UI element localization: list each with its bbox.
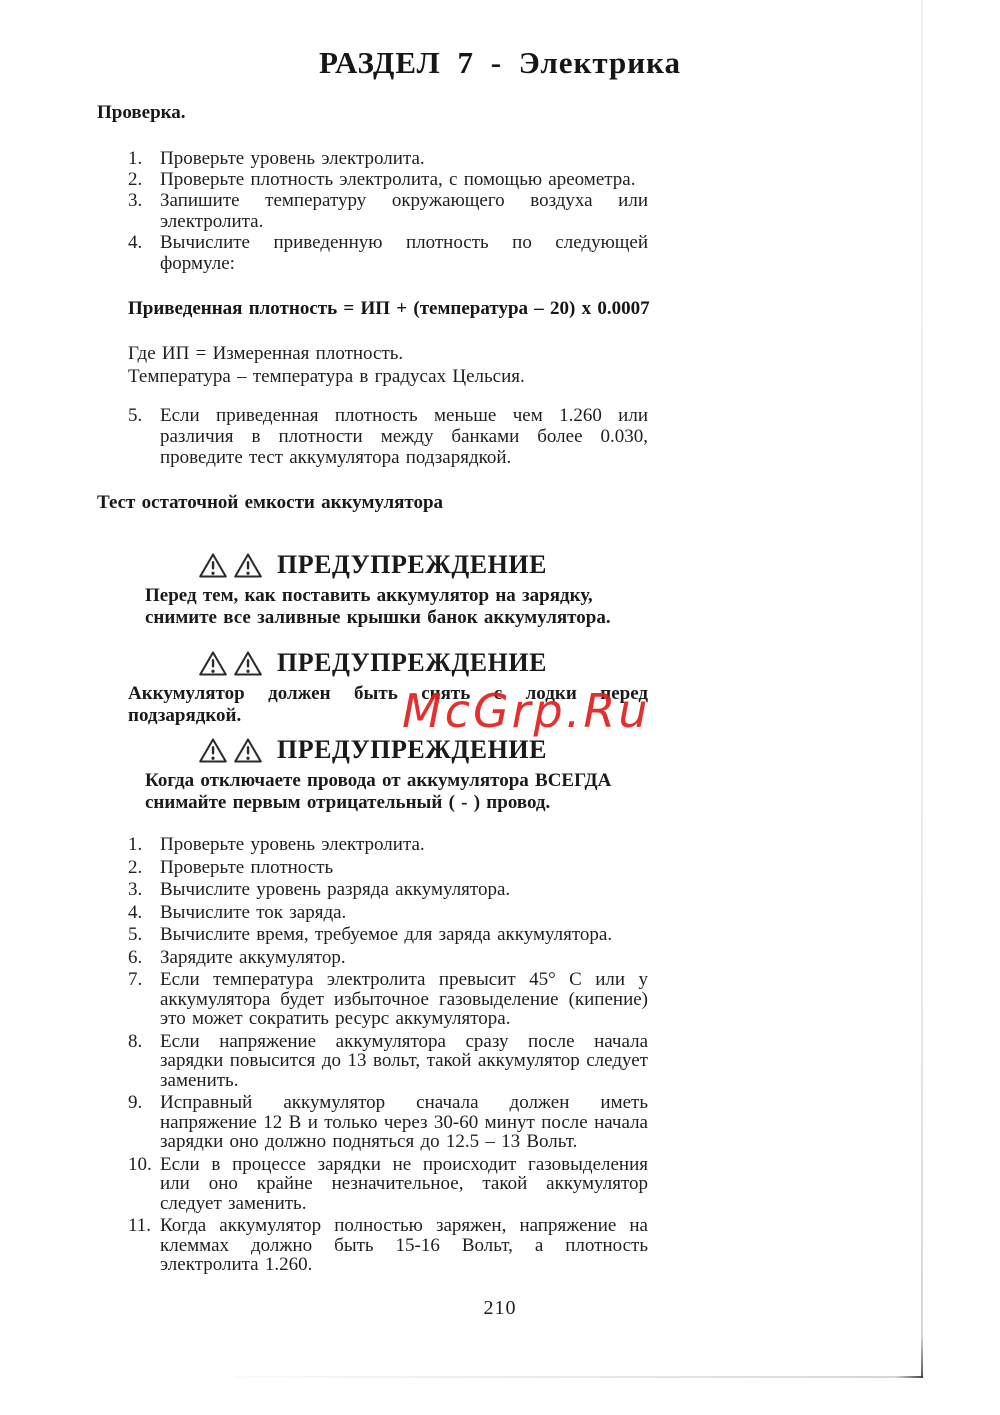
list-item-text: Исправный аккумулятор сначала должен име… [160,1093,648,1152]
list-item-text: Вычислите время, требуемое для заряда ак… [160,925,648,945]
warning-label: ПРЕДУПРЕЖДЕНИЕ [277,550,547,580]
list-item-number: 5. [128,925,160,945]
list-item-number: 3. [128,880,160,900]
check-heading: Проверка. [97,102,648,124]
page-title: РАЗДЕЛ 7 - Электрика [0,46,1000,80]
definition-line: Температура – температура в градусах Цел… [128,365,648,388]
list-item-text: Запишите температуру окружающего воздуха… [160,190,648,232]
warning-triangle-icon [198,650,228,677]
list-item-text: Вычислите ток заряда. [160,903,648,923]
warning-triangle-icon [233,552,263,579]
list-item: 9. Исправный аккумулятор сначала должен … [128,1093,648,1152]
list-item-number: 11. [128,1216,160,1275]
list-item-number: 3. [128,190,160,232]
list-item-number: 4. [128,903,160,923]
list-item: 5. Вычислите время, требуемое для заряда… [128,925,648,945]
list-item: 2. Проверьте плотность электролита, с по… [128,169,648,190]
list-item-text: Если приведенная плотность меньше чем 1.… [160,405,648,468]
list-item-number: 9. [128,1093,160,1152]
list-item-number: 1. [128,835,160,855]
list-item-number: 1. [128,148,160,169]
list-item: 3. Вычислите уровень разряда аккумулятор… [128,880,648,900]
list-item: 1. Проверьте уровень электролита. [128,148,648,169]
warning-text: Когда отключаете провода от аккумулятора… [145,770,648,813]
list-item-text: Если в процессе зарядки не происходит га… [160,1155,648,1214]
list-item-text: Проверьте плотность [160,858,648,878]
warning-triangle-icon [233,737,263,764]
warning-header: ПРЕДУПРЕЖДЕНИЕ [97,550,648,580]
warning-label: ПРЕДУПРЕЖДЕНИЕ [277,648,547,678]
list-item: 5. Если приведенная плотность меньше чем… [128,405,648,468]
list-item-number: 5. [128,405,160,468]
scan-edge-bottom [235,1376,923,1378]
list-item-number: 6. [128,948,160,968]
list-item: 6. Зарядите аккумулятор. [128,948,648,968]
list-item: 2. Проверьте плотность [128,858,648,878]
warning-triangle-icon [233,650,263,677]
list-item-number: 4. [128,232,160,274]
page-number: 210 [0,1297,1000,1320]
document-page: РАЗДЕЛ 7 - Электрика Проверка. 1. Провер… [0,0,1000,1415]
list-item-text: Если напряжение аккумулятора сразу после… [160,1032,648,1091]
list-item-text: Вычислите уровень разряда аккумулятора. [160,880,648,900]
list-item-number: 8. [128,1032,160,1091]
density-formula: Приведенная плотность = ИП + (температур… [128,298,648,320]
list-item-text: Проверьте плотность электролита, с помощ… [160,169,648,190]
watermark-text: McGrp.Ru [402,684,650,738]
list-item: 11. Когда аккумулятор полностью заряжен,… [128,1216,648,1275]
list-item-text: Если температура электролита превысит 45… [160,970,648,1029]
warning-block: ПРЕДУПРЕЖДЕНИЕ Перед тем, как поставить … [97,550,648,628]
list-item-number: 10. [128,1155,160,1214]
scan-edge-right [921,0,923,1377]
warning-header: ПРЕДУПРЕЖДЕНИЕ [97,648,648,678]
list-item: 4. Вычислите ток заряда. [128,903,648,923]
list-item-number: 7. [128,970,160,1029]
list-item-text: Проверьте уровень электролита. [160,835,648,855]
list-item-number: 2. [128,858,160,878]
list-item-text: Проверьте уровень электролита. [160,148,648,169]
test-heading: Тест остаточной емкости аккумулятора [97,492,648,514]
list-item: 8. Если напряжение аккумулятора сразу по… [128,1032,648,1091]
warning-triangle-icon [198,552,228,579]
list-item: 7. Если температура электролита превысит… [128,970,648,1029]
list-item: 1. Проверьте уровень электролита. [128,835,648,855]
warning-text: Перед тем, как поставить аккумулятор на … [145,585,648,628]
list-item-text: Вычислите приведенную плотность по следу… [160,232,648,274]
list-item-text: Зарядите аккумулятор. [160,948,648,968]
list-item: 3. Запишите температуру окружающего возд… [128,190,648,232]
definition-line: Где ИП = Измеренная плотность. [128,342,648,365]
formula-definitions: Где ИП = Измеренная плотность. Температу… [128,342,648,388]
list-item-number: 2. [128,169,160,190]
warning-label: ПРЕДУПРЕЖДЕНИЕ [277,735,547,765]
list-item: 10. Если в процессе зарядки не происходи… [128,1155,648,1214]
warning-triangle-icon [198,737,228,764]
warning-block: ПРЕДУПРЕЖДЕНИЕ Когда отключаете провода … [97,735,648,813]
list-item: 4. Вычислите приведенную плотность по сл… [128,232,648,274]
check-list: 1. Проверьте уровень электролита. 2. Про… [97,148,648,274]
list-item-text: Когда аккумулятор полностью заряжен, нап… [160,1216,648,1275]
warning-header: ПРЕДУПРЕЖДЕНИЕ [97,735,648,765]
charge-procedure-list: 1. Проверьте уровень электролита. 2. Про… [97,835,648,1275]
